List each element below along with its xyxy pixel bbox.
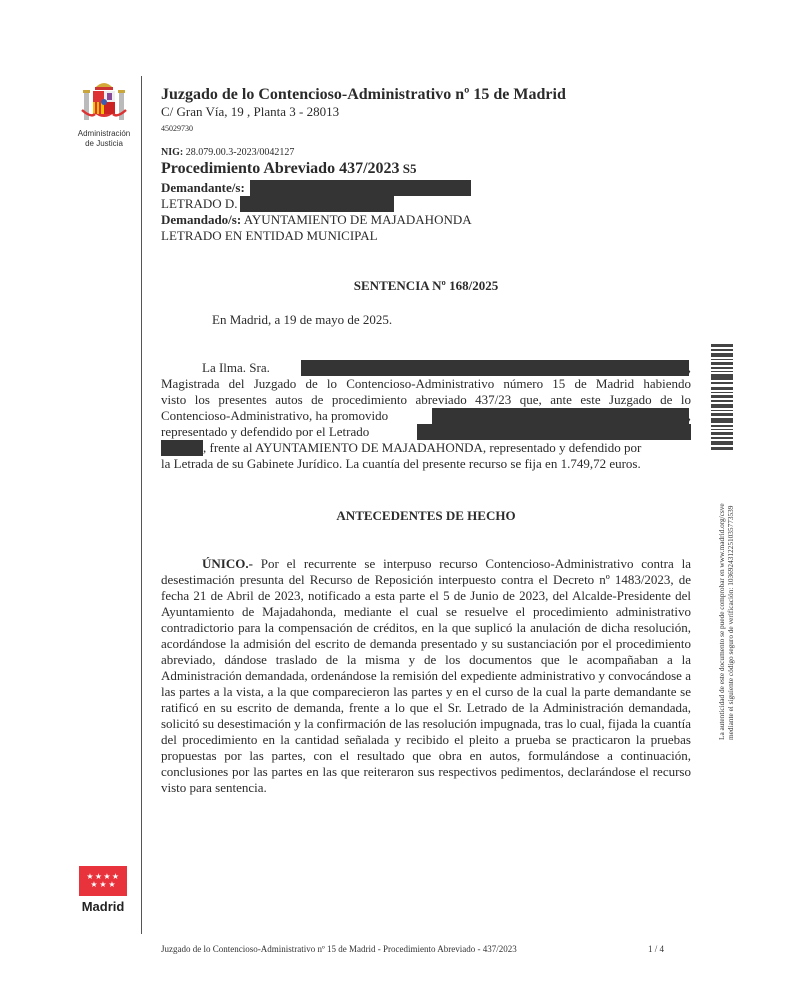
verification-notice: La autenticidad de este documento se pue… bbox=[717, 460, 735, 740]
defendant-label: Demandado/s: bbox=[161, 212, 241, 227]
barcode-icon bbox=[711, 344, 733, 451]
plaintiff-label: Demandante/s: bbox=[161, 180, 245, 195]
svg-text:★: ★ bbox=[99, 880, 106, 889]
court-name: Juzgado de lo Contencioso-Administrativo… bbox=[161, 86, 566, 104]
unico-label: ÚNICO.- bbox=[202, 556, 253, 571]
unico-text: Por el recurrente se interpuso recurso C… bbox=[161, 556, 691, 795]
intro-paragraph: La Ilma. Sra., Magistrada del Juzgado de… bbox=[161, 360, 691, 472]
unico-paragraph: ÚNICO.- Por el recurrente se interpuso r… bbox=[161, 556, 691, 796]
section-title: ANTECEDENTES DE HECHO bbox=[161, 508, 691, 524]
margin-divider-line bbox=[141, 76, 142, 934]
intro-line-7: la Letrada de su Gabinete Jurídico. La c… bbox=[161, 456, 691, 472]
intro-line-4: Contencioso-Administrativo, ha promovido… bbox=[161, 408, 691, 424]
redaction-magistrate bbox=[301, 360, 689, 376]
sentence-title: SENTENCIA Nº 168/2025 bbox=[161, 278, 691, 294]
madrid-logo-label: Madrid bbox=[78, 899, 128, 914]
svg-text:★: ★ bbox=[108, 880, 115, 889]
intro-line-2: Magistrada del Juzgado de lo Contencioso… bbox=[161, 376, 691, 392]
comunidad-madrid-logo: ★★★★ ★★★ Madrid bbox=[78, 866, 128, 914]
intro-line-6: , frente al AYUNTAMIENTO DE MAJADAHONDA,… bbox=[161, 440, 691, 456]
madrid-flag-icon: ★★★★ ★★★ bbox=[79, 866, 127, 896]
nig-value: 28.079.00.3-2023/0042127 bbox=[183, 147, 294, 158]
plaintiff-line: Demandante/s: bbox=[161, 180, 471, 196]
procedure-suffix: S5 bbox=[400, 161, 417, 176]
logo-label-line1: Administración bbox=[66, 129, 142, 138]
intro-line-1: La Ilma. Sra., bbox=[161, 360, 691, 376]
verification-line-1: La autenticidad de este documento se pue… bbox=[717, 460, 726, 740]
plaintiff-lawyer-label: LETRADO D. bbox=[161, 196, 238, 211]
spain-coat-of-arms-icon bbox=[81, 78, 127, 128]
verification-line-2: mediante el siguiente código seguro de v… bbox=[726, 460, 735, 740]
defendant-lawyer: LETRADO EN ENTIDAD MUNICIPAL bbox=[161, 228, 378, 244]
defendant-value: AYUNTAMIENTO DE MAJADAHONDA bbox=[241, 212, 471, 227]
redaction-lawyer-body bbox=[417, 424, 691, 440]
nig-line: NIG: 28.079.00.3-2023/0042127 bbox=[161, 147, 294, 158]
administracion-justicia-logo: Administración de Justicia bbox=[66, 78, 142, 148]
court-address: C/ Gran Vía, 19 , Planta 3 - 28013 bbox=[161, 104, 339, 120]
redaction-lawyer-body-cont bbox=[161, 440, 203, 456]
procedure-number: Procedimiento Abreviado 437/2023 bbox=[161, 160, 400, 177]
plaintiff-lawyer-line: LETRADO D. bbox=[161, 196, 394, 212]
redaction-plaintiff-lawyer bbox=[240, 196, 394, 212]
intro-line-3: visto los presentes autos de procedimien… bbox=[161, 392, 691, 408]
procedure-title: Procedimiento Abreviado 437/2023 S5 bbox=[161, 160, 417, 178]
intro-start: La Ilma. Sra. bbox=[202, 360, 270, 375]
redaction-plaintiff bbox=[250, 180, 471, 196]
page-indicator: 1 / 4 bbox=[648, 944, 664, 954]
date-line: En Madrid, a 19 de mayo de 2025. bbox=[212, 312, 392, 328]
svg-text:★: ★ bbox=[90, 880, 97, 889]
redaction-plaintiff-body bbox=[432, 408, 689, 424]
footer-text: Juzgado de lo Contencioso-Administrativo… bbox=[161, 944, 517, 954]
nig-label: NIG: bbox=[161, 147, 183, 158]
court-code: 45029730 bbox=[161, 124, 193, 133]
defendant-line: Demandado/s: AYUNTAMIENTO DE MAJADAHONDA bbox=[161, 212, 472, 228]
logo-label-line2: de Justicia bbox=[66, 139, 142, 148]
intro-line-5: representado y defendido por el Letrado bbox=[161, 424, 691, 440]
